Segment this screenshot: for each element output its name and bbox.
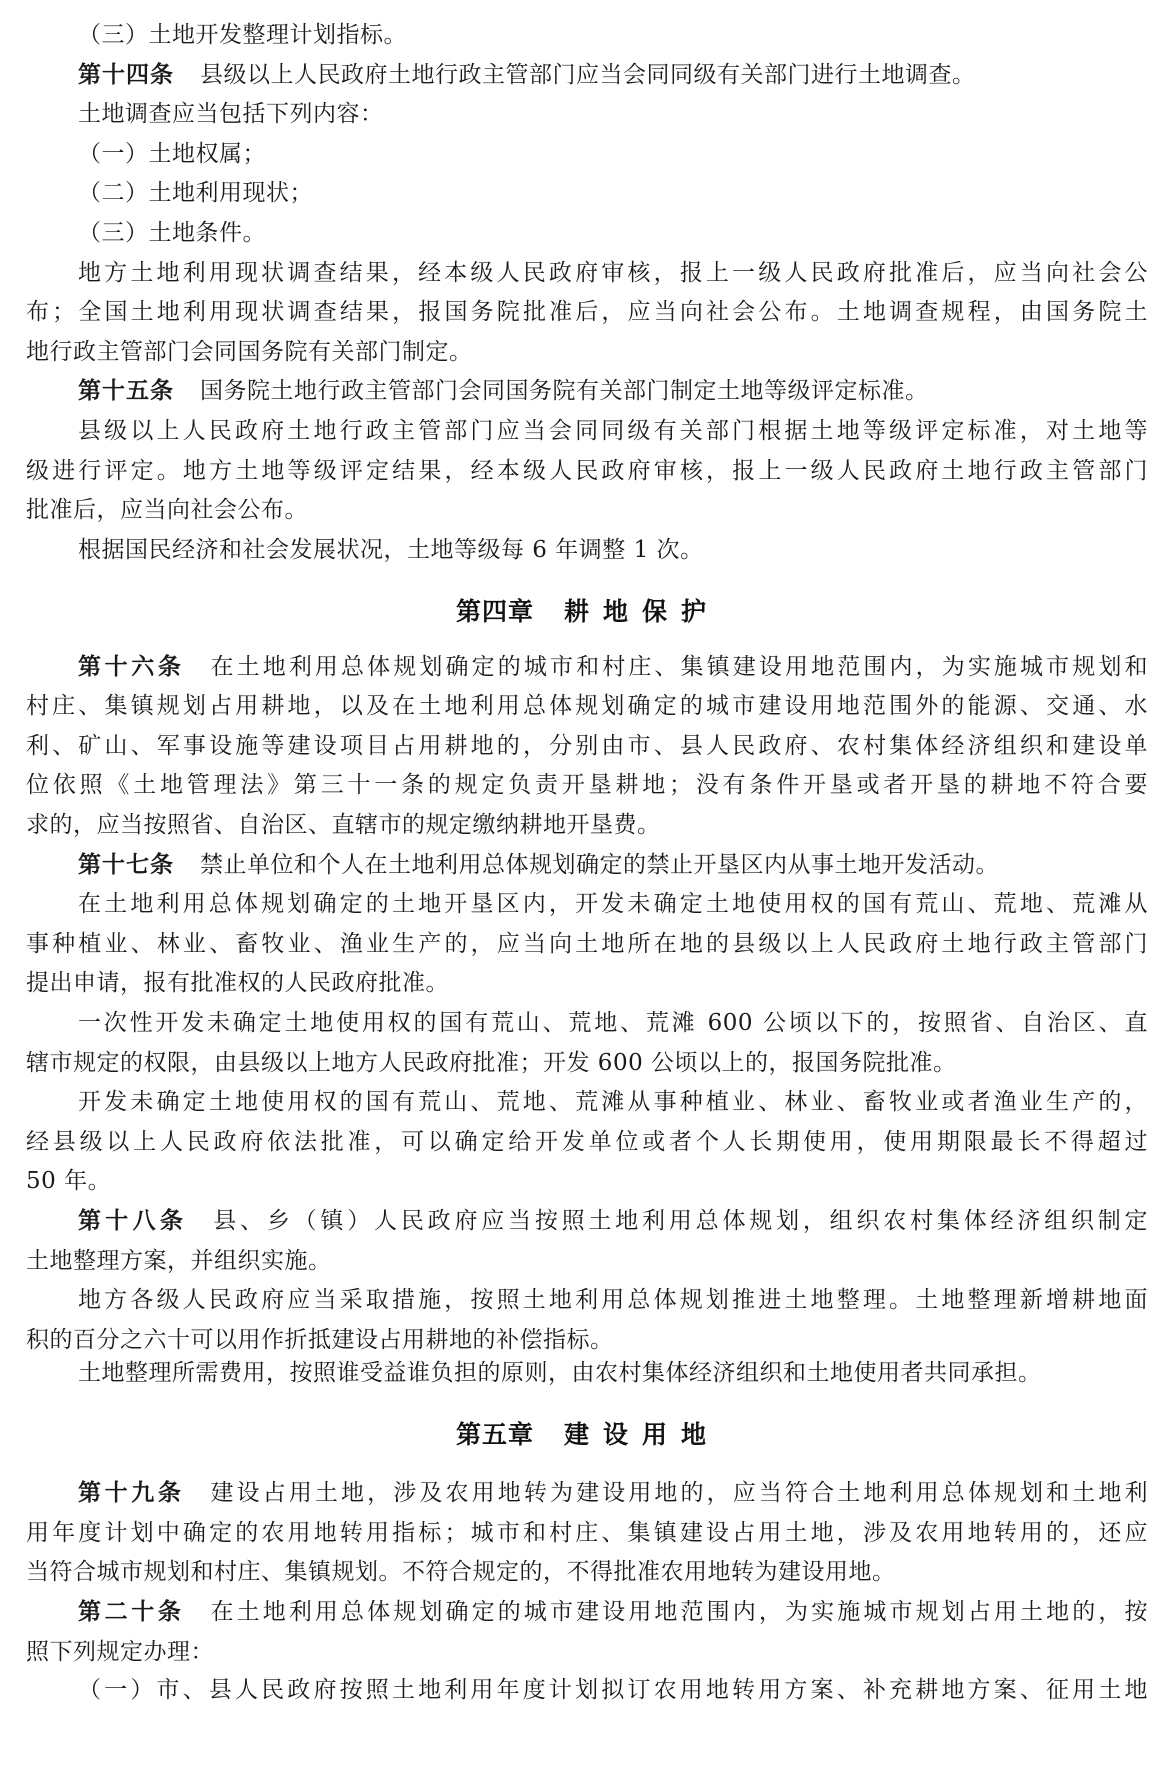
article-label: 第十八条 xyxy=(78,1208,187,1234)
text-line: 地方各级人民政府应当采取措施，按照土地利用总体规划推进土地整理。土地整理新增耕地… xyxy=(78,1280,1148,1320)
text-line: 照下列规定办理： xyxy=(26,1632,1148,1672)
text-line: 求的，应当按照省、自治区、直辖市的规定缴纳耕地开垦费。 xyxy=(26,805,1148,845)
text-line: 根据国民经济和社会发展状况，土地等级每 6 年调整 1 次。 xyxy=(78,530,1148,570)
line-text: 批准后，应当向社会公布。 xyxy=(26,497,308,523)
text-line: 开发未确定土地使用权的国有荒山、荒地、荒滩从事种植业、林业、畜牧业或者渔业生产的… xyxy=(78,1082,1148,1122)
text-line: 50 年。 xyxy=(26,1161,1148,1201)
article-label: 第十六条 xyxy=(78,654,184,680)
line-text: 土地整理方案，并组织实施。 xyxy=(26,1248,332,1274)
line-text: 当符合城市规划和村庄、集镇规划。不符合规定的，不得批准农用地转为建设用地。 xyxy=(26,1559,896,1585)
text-line: 级进行评定。地方土地等级评定结果，经本级人民政府审核，报上一级人民政府土地行政主… xyxy=(26,451,1148,491)
line-text: （二）土地利用现状； xyxy=(78,180,313,206)
text-line: 地方土地利用现状调查结果，经本级人民政府审核，报上一级人民政府批准后，应当向社会… xyxy=(78,253,1148,293)
text-line: 地行政主管部门会同国务院有关部门制定。 xyxy=(26,332,1148,372)
line-text: 建设占用土地，涉及农用地转为建设用地的，应当符合土地利用总体规划和土地利 xyxy=(210,1480,1148,1506)
text-line: 用年度计划中确定的农用地转用指标；城市和村庄、集镇建设占用土地，涉及农用地转用的… xyxy=(26,1513,1148,1553)
article-line: 第二十条在土地利用总体规划确定的城市建设用地范围内，为实施城市规划占用土地的，按 xyxy=(78,1592,1148,1632)
chapter-heading: 第四章耕地保护 xyxy=(0,590,1176,634)
text-line: 当符合城市规划和村庄、集镇规划。不符合规定的，不得批准农用地转为建设用地。 xyxy=(26,1552,1148,1592)
article-line: 第十九条建设占用土地，涉及农用地转为建设用地的，应当符合土地利用总体规划和土地利 xyxy=(78,1473,1148,1513)
line-text: 辖市规定的权限，由县级以上地方人民政府批准；开发 600 公顷以上的，报国务院批… xyxy=(26,1050,957,1076)
line-text: 土地整理所需费用，按照谁受益谁负担的原则，由农村集体经济组织和土地使用者共同承担… xyxy=(78,1360,1042,1386)
chapter-number: 第四章 xyxy=(456,597,534,626)
text-line: 一次性开发未确定土地使用权的国有荒山、荒地、荒滩 600 公顷以下的，按照省、自… xyxy=(78,1003,1148,1043)
line-text: （一）土地权属； xyxy=(78,141,266,167)
text-line: （一）市、县人民政府按照土地利用年度计划拟订农用地转用方案、补充耕地方案、征用土… xyxy=(78,1670,1148,1710)
article-label: 第二十条 xyxy=(78,1599,184,1625)
chapter-title: 建设用地 xyxy=(564,1420,720,1449)
document-page: （三）土地开发整理计划指标。 第十四条县级以上人民政府土地行政主管部门应当会同同… xyxy=(0,0,1176,1767)
line-text: 地行政主管部门会同国务院有关部门制定。 xyxy=(26,339,473,365)
text-line: 在土地利用总体规划确定的土地开垦区内，开发未确定土地使用权的国有荒山、荒地、荒滩… xyxy=(78,884,1148,924)
line-text: （三）土地条件。 xyxy=(78,220,266,246)
chapter-title: 耕地保护 xyxy=(564,597,720,626)
text-line: 土地调查应当包括下列内容： xyxy=(78,94,1148,134)
line-text: 县、乡（镇）人民政府应当按照土地利用总体规划，组织农村集体经济组织制定 xyxy=(213,1208,1148,1234)
text-line: 事种植业、林业、畜牧业、渔业生产的，应当向土地所在地的县级以上人民政府土地行政主… xyxy=(26,924,1148,964)
article-line: 第十七条禁止单位和个人在土地利用总体规划确定的禁止开垦区内从事土地开发活动。 xyxy=(78,845,1148,885)
line-text: 县级以上人民政府土地行政主管部门应当会同同级有关部门进行土地调查。 xyxy=(200,62,976,88)
text-line: （二）土地利用现状； xyxy=(78,173,1148,213)
article-line: 第十八条县、乡（镇）人民政府应当按照土地利用总体规划，组织农村集体经济组织制定 xyxy=(78,1201,1148,1241)
text-line: （三）土地条件。 xyxy=(78,213,1148,253)
line-text: 土地调查应当包括下列内容： xyxy=(78,101,384,127)
article-line: 第十六条在土地利用总体规划确定的城市和村庄、集镇建设用地范围内，为实施城市规划和 xyxy=(78,647,1148,687)
line-text: （三）土地开发整理计划指标。 xyxy=(78,22,407,48)
line-text: 根据国民经济和社会发展状况，土地等级每 6 年调整 1 次。 xyxy=(78,537,704,563)
text-line: 批准后，应当向社会公布。 xyxy=(26,490,1148,530)
line-text: 在土地利用总体规划确定的城市和村庄、集镇建设用地范围内，为实施城市规划和 xyxy=(210,654,1148,680)
article-label: 第十七条 xyxy=(78,852,174,878)
article-label: 第十四条 xyxy=(78,62,174,88)
text-line: 位依照《土地管理法》第三十一条的规定负责开垦耕地；没有条件开垦或者开垦的耕地不符… xyxy=(26,765,1148,805)
text-line: （一）土地权属； xyxy=(78,134,1148,174)
article-label: 第十九条 xyxy=(78,1480,184,1506)
text-line: 利、矿山、军事设施等建设项目占用耕地的，分别由市、县人民政府、农村集体经济组织和… xyxy=(26,726,1148,766)
line-text: 积的百分之六十可以用作折抵建设占用耕地的补偿指标。 xyxy=(26,1327,614,1353)
article-line: 第十五条国务院土地行政主管部门会同国务院有关部门制定土地等级评定标准。 xyxy=(78,371,1148,411)
text-line: （三）土地开发整理计划指标。 xyxy=(78,15,1148,55)
text-line: 布；全国土地利用现状调查结果，报国务院批准后，应当向社会公布。土地调查规程，由国… xyxy=(26,292,1148,332)
chapter-heading: 第五章建设用地 xyxy=(0,1413,1176,1457)
text-line: 土地整理方案，并组织实施。 xyxy=(26,1241,1148,1281)
line-text: 禁止单位和个人在土地利用总体规划确定的禁止开垦区内从事土地开发活动。 xyxy=(200,852,999,878)
line-text: 50 年。 xyxy=(26,1168,111,1194)
line-text: 国务院土地行政主管部门会同国务院有关部门制定土地等级评定标准。 xyxy=(200,378,929,404)
line-text: 照下列规定办理： xyxy=(26,1639,214,1665)
text-line: 辖市规定的权限，由县级以上地方人民政府批准；开发 600 公顷以上的，报国务院批… xyxy=(26,1043,1148,1083)
line-text: 求的，应当按照省、自治区、直辖市的规定缴纳耕地开垦费。 xyxy=(26,812,661,838)
chapter-number: 第五章 xyxy=(456,1420,534,1449)
text-line: 县级以上人民政府土地行政主管部门应当会同同级有关部门根据土地等级评定标准，对土地… xyxy=(78,411,1148,451)
article-line: 第十四条县级以上人民政府土地行政主管部门应当会同同级有关部门进行土地调查。 xyxy=(78,55,1148,95)
text-line: 经县级以上人民政府依法批准，可以确定给开发单位或者个人长期使用，使用期限最长不得… xyxy=(26,1122,1148,1162)
line-text: 在土地利用总体规划确定的城市建设用地范围内，为实施城市规划占用土地的，按 xyxy=(210,1599,1148,1625)
text-line: 村庄、集镇规划占用耕地，以及在土地利用总体规划确定的城市建设用地范围外的能源、交… xyxy=(26,686,1148,726)
text-line: 土地整理所需费用，按照谁受益谁负担的原则，由农村集体经济组织和土地使用者共同承担… xyxy=(78,1353,1148,1393)
line-text: 提出申请，报有批准权的人民政府批准。 xyxy=(26,970,449,996)
article-label: 第十五条 xyxy=(78,378,174,404)
text-line: 提出申请，报有批准权的人民政府批准。 xyxy=(26,963,1148,1003)
